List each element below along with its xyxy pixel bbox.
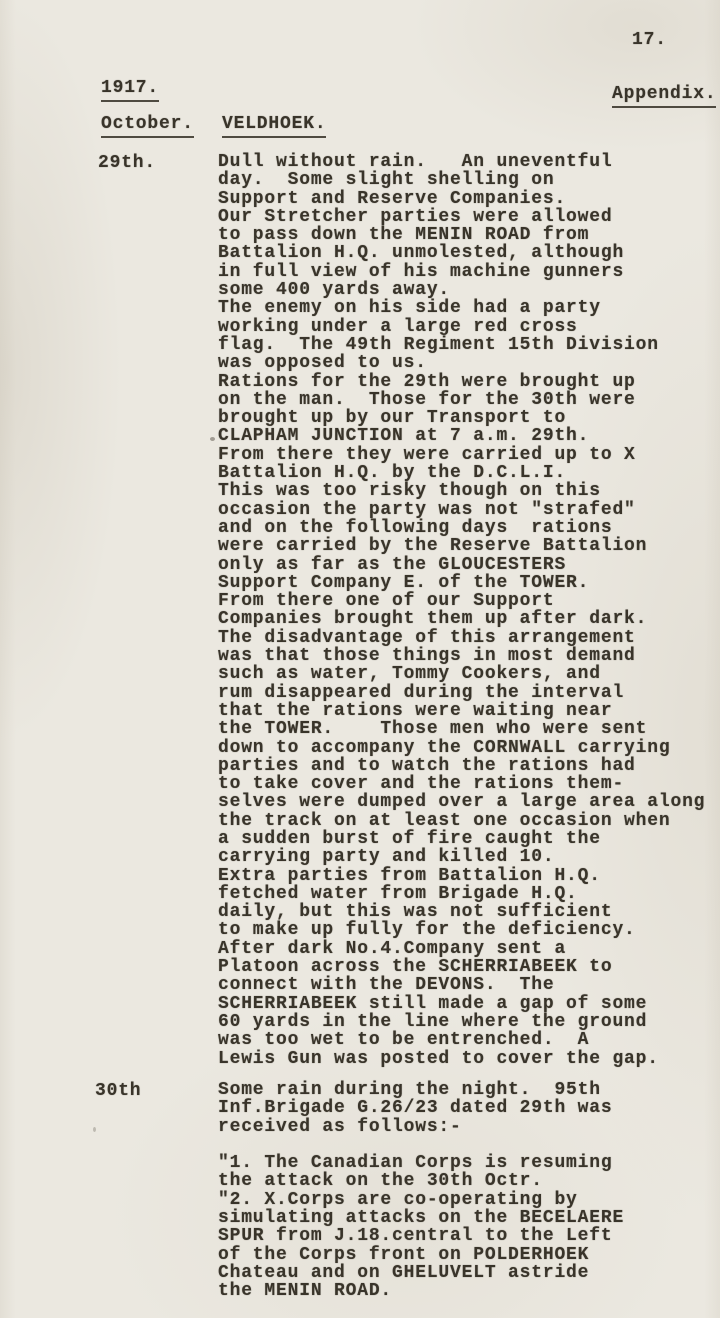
location-heading: VELDHOEK.	[222, 114, 326, 138]
text-line: The enemy on his side had a party	[218, 299, 720, 317]
text-line: only as far as the GLOUCESTERS	[218, 556, 720, 574]
text-line: Some rain during the night. 95th	[218, 1081, 720, 1099]
text-line: was too wet to be entrenched. A	[218, 1031, 720, 1049]
text-line: Support Company E. of the TOWER.	[218, 574, 720, 592]
text-line: to take cover and the rations them-	[218, 775, 720, 793]
text-line: This was too risky though on this	[218, 482, 720, 500]
month-heading: October.	[101, 114, 194, 138]
entry-date: 29th.	[98, 153, 156, 173]
diary-entry-30th: 30th Some rain during the night. 95thInf…	[98, 1081, 144, 1161]
text-line: daily, but this was not sufficient	[218, 903, 720, 921]
appendix-heading: Appendix.	[612, 84, 716, 108]
text-line: of the Corps front on POLDERHOEK	[218, 1246, 720, 1264]
text-line: brought up by our Transport to	[218, 409, 720, 427]
text-line: SCHERRIABEEK still made a gap of some	[218, 995, 720, 1013]
text-line: the MENIN ROAD.	[218, 1282, 720, 1300]
text-line: flag. The 49th Regiment 15th Division	[218, 336, 720, 354]
document-page: { "page": { "page_number": "17.", "year"…	[0, 0, 720, 1318]
text-line: "1. The Canadian Corps is resuming	[218, 1154, 720, 1172]
text-line: Battalion H.Q. unmolested, although	[218, 244, 720, 262]
text-line: some 400 yards away.	[218, 281, 720, 299]
text-line: and on the following days rations	[218, 519, 720, 537]
text-line: Support and Reserve Companies.	[218, 190, 720, 208]
text-line: to pass down the MENIN ROAD from	[218, 226, 720, 244]
text-line: From there they were carried up to X	[218, 446, 720, 464]
entry-body: Dull without rain. An uneventfulday. Som…	[218, 153, 720, 1068]
diary-entry-29th: 29th. Dull without rain. An uneventfulda…	[98, 153, 144, 233]
text-line: occasion the party was not "strafed"	[218, 501, 720, 519]
text-line: on the man. Those for the 30th were	[218, 391, 720, 409]
text-line: Lewis Gun was posted to cover the gap.	[218, 1050, 720, 1068]
ink-speck-decoration	[210, 437, 215, 441]
text-line: The disadvantage of this arrangement	[218, 629, 720, 647]
text-line: Platoon across the SCHERRIABEEK to	[218, 958, 720, 976]
text-line: connect with the DEVONS. The	[218, 976, 720, 994]
text-line: received as follows:-	[218, 1118, 720, 1136]
text-line: simulating attacks on the BECELAERE	[218, 1209, 720, 1227]
text-line: After dark No.4.Company sent a	[218, 940, 720, 958]
text-line: was opposed to us.	[218, 354, 720, 372]
text-line: to make up fully for the deficiency.	[218, 921, 720, 939]
text-line: that the rations were waiting near	[218, 702, 720, 720]
text-line: Battalion H.Q. by the D.C.L.I.	[218, 464, 720, 482]
text-line: Extra parties from Battalion H.Q.	[218, 867, 720, 885]
text-line: Inf.Brigade G.26/23 dated 29th was	[218, 1099, 720, 1117]
year-heading: 1917.	[101, 78, 159, 102]
text-line: working under a large red cross	[218, 318, 720, 336]
text-line: in full view of his machine gunners	[218, 263, 720, 281]
text-line: Chateau and on GHELUVELT astride	[218, 1264, 720, 1282]
text-line: were carried by the Reserve Battalion	[218, 537, 720, 555]
text-line: 60 yards in the line where the ground	[218, 1013, 720, 1031]
text-line: day. Some slight shelling on	[218, 171, 720, 189]
text-line: a sudden burst of fire caught the	[218, 830, 720, 848]
text-line: carrying party and killed 10.	[218, 848, 720, 866]
text-line: down to accompany the CORNWALL carrying	[218, 739, 720, 757]
text-line: Our Stretcher parties were allowed	[218, 208, 720, 226]
text-line: the attack on the 30th Octr.	[218, 1172, 720, 1190]
text-line: the track on at least one occasion when	[218, 812, 720, 830]
text-line: such as water, Tommy Cookers, and	[218, 665, 720, 683]
text-line: the TOWER. Those men who were sent	[218, 720, 720, 738]
text-line: parties and to watch the rations had	[218, 757, 720, 775]
text-line: was that those things in most demand	[218, 647, 720, 665]
text-line: CLAPHAM JUNCTION at 7 a.m. 29th.	[218, 427, 720, 445]
entry-body: Some rain during the night. 95thInf.Brig…	[218, 1081, 720, 1301]
text-line: selves were dumped over a large area alo…	[218, 793, 720, 811]
text-line: Rations for the 29th were brought up	[218, 373, 720, 391]
text-line: rum disappeared during the interval	[218, 684, 720, 702]
text-line: From there one of our Support	[218, 592, 720, 610]
entry-date: 30th	[95, 1081, 141, 1101]
text-line	[218, 1136, 720, 1154]
text-line: Dull without rain. An uneventful	[218, 153, 720, 171]
text-line: Companies brought them up after dark.	[218, 610, 720, 628]
text-line: "2. X.Corps are co-operating by	[218, 1191, 720, 1209]
text-line: SPUR from J.18.central to the Left	[218, 1227, 720, 1245]
text-line: fetched water from Brigade H.Q.	[218, 885, 720, 903]
page-number: 17.	[632, 30, 667, 50]
ink-speck-decoration	[93, 1127, 96, 1132]
